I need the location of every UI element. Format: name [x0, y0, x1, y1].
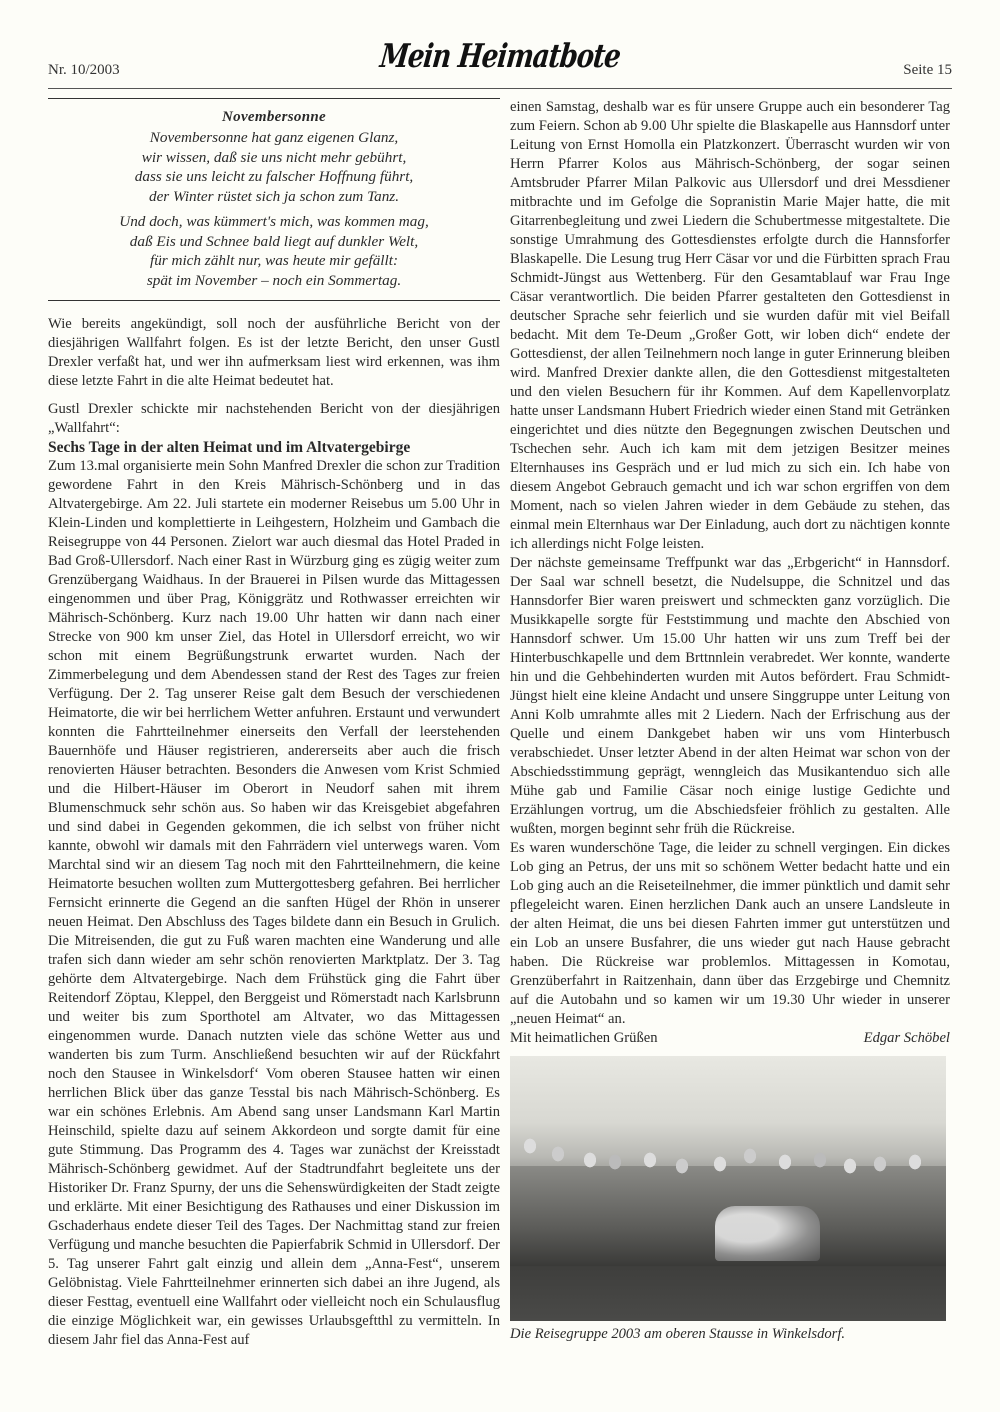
- poem-title: Novembersonne: [48, 109, 500, 126]
- article-body-left: Zum 13.mal organisierte mein Sohn Manfre…: [48, 457, 500, 1350]
- author-name: Edgar Schöbel: [864, 1029, 950, 1048]
- poem-line: daß Eis und Schnee bald liegt auf dunkle…: [48, 232, 500, 252]
- newspaper-logo: Mein Heimatbote: [378, 38, 622, 76]
- photo-front-row: [715, 1206, 820, 1261]
- poem-stanza: Novembersonne hat ganz eigenen Glanz, wi…: [48, 128, 500, 206]
- signoff: Mit heimatlichen Grüßen Edgar Schöbel: [510, 1029, 950, 1048]
- issue-number: Nr. 10/2003: [48, 62, 120, 79]
- article-body-right-2: Der nächste gemeinsame Treffpunkt war da…: [510, 554, 950, 839]
- poem-stanza: Und doch, was kümmert's mich, was kommen…: [48, 212, 500, 290]
- poem-line: dass sie uns leicht zu falscher Hoffnung…: [48, 167, 500, 187]
- article-heading: Sechs Tage in der alten Heimat und im Al…: [48, 438, 500, 457]
- right-column: einen Samstag, deshalb war es für unsere…: [510, 98, 950, 1343]
- article-body-right-3: Es waren wunderschöne Tage, die leider z…: [510, 839, 950, 1029]
- poem-line: Und doch, was kümmert's mich, was kommen…: [48, 212, 500, 232]
- poem-line: für mich zählt nur, was heute mir gefäll…: [48, 251, 500, 271]
- poem-box: Novembersonne Novembersonne hat ganz eig…: [48, 98, 500, 301]
- page-number: Seite 15: [903, 62, 952, 79]
- photo-caption: Die Reisegruppe 2003 am oberen Stausse i…: [510, 1326, 950, 1343]
- group-photo: [510, 1056, 946, 1321]
- poem-line: wir wissen, daß sie uns nicht mehr gebüh…: [48, 148, 500, 168]
- article-body-right-1: einen Samstag, deshalb war es für unsere…: [510, 98, 950, 554]
- poem-line: Novembersonne hat ganz eigenen Glanz,: [48, 128, 500, 148]
- left-column: Novembersonne Novembersonne hat ganz eig…: [48, 98, 500, 1350]
- poem-line: der Winter rüstet sich ja schon zum Tanz…: [48, 187, 500, 207]
- masthead: Nr. 10/2003 Mein Heimatbote Seite 15: [48, 40, 952, 89]
- intro-source-paragraph: Gustl Drexler schickte mir nachstehenden…: [48, 400, 500, 438]
- intro-paragraph: Wie bereits angekündigt, soll noch der a…: [48, 315, 500, 391]
- poem-line: spät im November – noch ein Sommertag.: [48, 271, 500, 291]
- signoff-greeting: Mit heimatlichen Grüßen: [510, 1029, 658, 1048]
